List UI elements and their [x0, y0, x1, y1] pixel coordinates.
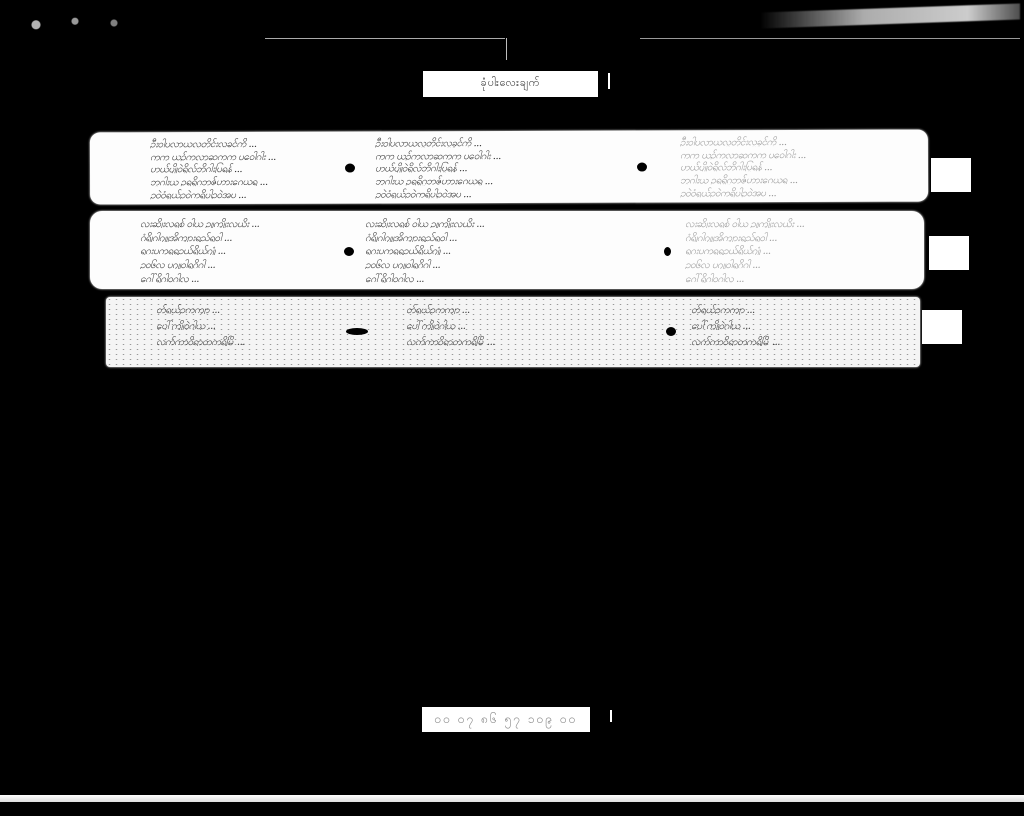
leaf-1-mid-line-3: ဟယ်ပျို့ဝဲရှိလ်ဘိဂါးပြုရန် ... — [375, 161, 605, 173]
leaf-2-right-line-3: ရူဂူးပကူရှူရှဥယ်ရှိယ်ဂျုံ ... — [685, 244, 895, 255]
leaf-1-right-line-3: ဟယ်ပျို့ဝဲရှိလ်ဘိဂါးပြုရန် ... — [680, 160, 890, 172]
catalogue-number-slip: ၀၀ ၀၇ ၈၆ ၅၇ ၁၀၉ ၀၀ — [422, 707, 590, 732]
leaf-1-right-line-2: ကက ယဉ်ကလာဆကက ပဝေါဂါး ... — [680, 147, 890, 159]
leaf-3-mid-line-1: ဝှာ်ရှုယ်ဥကကျာ ... — [406, 303, 686, 314]
leaf-3-side-tab — [922, 310, 962, 344]
leaf-2-line-4: ဥဝ၆လ ပုဂျုဝါရူဂှိဂါ ... — [140, 258, 395, 269]
leaf-2-mid-line-4: ဥဝ၆လ ပုဂျုဝါရူဂှိဂါ ... — [365, 258, 635, 269]
catalogue-number-text: ၀၀ ၀၇ ၈၆ ၅၇ ၁၀၉ ၀၀ — [435, 711, 578, 729]
film-frame-divider — [506, 38, 507, 60]
palm-leaf-1: ဦးဝါပလာယလှူတိုင်းလှူခွင့်ကို ... ကက ယဉ်က… — [90, 130, 928, 205]
leaf-3-right-line-1: ဝှာ်ရှုယ်ဥကကျာ ... — [691, 303, 901, 314]
palm-leaf-2: လူးဆွိုးလူရှစ် ဝါယ ဥူကျိုးလူယှိုး ... ဂု… — [90, 211, 924, 289]
binding-hole-icon — [346, 328, 368, 335]
film-frame-line-top — [265, 38, 505, 39]
leaf-2-right-line-5: ဂေါ်ရှိုဂါဝဂါလူ ... — [685, 272, 895, 283]
title-slip: ခုံပါးလေးချက် — [423, 71, 598, 97]
leaf-2-mid-line-5: ဂေါ်ရှိုဂါဝဂါလူ ... — [365, 272, 635, 283]
binding-hole-icon — [345, 164, 355, 173]
leaf-3-right-line-2: ပေါ်ကျိုဝဲဂါယ ... — [691, 319, 901, 330]
leaf-2-mid-line-2: ဂုံရွှိုဂါဂျူအိကျားရှည်ရှူဝါ ... — [365, 231, 635, 242]
leaf-3-right-line-3: လက်ကာဝိရာတကရှိမြို့ ... — [691, 335, 901, 346]
leaf-2-right-line-4: ဥဝ၆လ ပုဂျုဝါရူဂှိဂါ ... — [685, 258, 895, 269]
leaf-2-mid-line-1: လူးဆွိုးလူရှစ် ဝါယ ဥူကျိုးလူယှိုး ... — [365, 217, 635, 228]
leaf-2-right-line-2: ဂုံရွှိုဂါဂျူအိကျားရှည်ရှူဝါ ... — [685, 231, 895, 242]
leaf-1-right-line-4: ဘူဂါးယ ဥရရှိဂူဘဇ်ဟားဂေယုရွှ ... — [680, 173, 890, 185]
leaf-2-line-5: ဂေါ်ရှိုဂါဝဂါလူ ... — [140, 272, 395, 283]
leaf-1-right-line-5: ဥဝဲဝံရှယ်ဥဝဲကရိပ္ပါဥဝဲအပ ... — [680, 186, 890, 198]
scan-edge-noise-top-right — [760, 3, 1020, 28]
binding-hole-icon — [666, 327, 676, 336]
film-frame-line-top-right — [640, 38, 1020, 39]
leaf-3-line-3: လက်ကာဝိရာတကရှိမြို့ ... — [156, 335, 416, 346]
title-slip-tick — [608, 73, 610, 89]
leaf-2-line-1: လူးဆွိုးလူရှစ် ဝါယ ဥူကျိုးလူယှိုး ... — [140, 217, 395, 228]
binding-hole-icon — [664, 247, 671, 256]
palm-leaf-3: ဝှာ်ရှုယ်ဥကကျာ ... ပေါ်ကျိုဝဲဂါယ ... လက်… — [106, 297, 920, 367]
leaf-2-mid-line-3: ရူဂူးပကူရှူရှဥယ်ရှိယ်ဂျုံ ... — [365, 244, 635, 255]
leaf-1-side-tab — [931, 158, 971, 192]
leaf-1-mid-line-4: ဘူဂါးယ ဥရရှိဂူဘဇ်ဟားဂေယုရွှ ... — [375, 174, 605, 186]
leaf-2-line-2: ဂုံရွှိုဂါဂျူအိကျားရှည်ရှူဝါ ... — [140, 231, 395, 242]
leaf-2-side-tab — [929, 236, 969, 270]
leaf-3-mid-line-3: လက်ကာဝိရာတကရှိမြို့ ... — [406, 335, 686, 346]
leaf-3-line-1: ဝှာ်ရှုယ်ဥကကျာ ... — [156, 303, 416, 314]
leaf-1-right-line-1: ဦးဝါပလာယလှူတိုင်းလှူခွင့်ကို ... — [680, 134, 890, 146]
binding-hole-icon — [637, 163, 647, 172]
binding-hole-icon — [344, 247, 354, 256]
leaf-2-right-line-1: လူးဆွိုးလူရှစ် ဝါယ ဥူကျိုးလူယှိုး ... — [685, 217, 895, 228]
leaf-3-line-2: ပေါ်ကျိုဝဲဂါယ ... — [156, 319, 416, 330]
leaf-3-mid-line-2: ပေါ်ကျိုဝဲဂါယ ... — [406, 319, 686, 330]
leaf-2-line-3: ရူဂူးပကူရှူရှဥယ်ရှိယ်ဂျုံ ... — [140, 244, 395, 255]
leaf-1-mid-line-2: ကက ယဉ်ကလာဆကက ပဝေါဂါး ... — [375, 148, 605, 160]
film-frame-edge-bottom — [0, 795, 1024, 802]
leaf-1-mid-line-1: ဦးဝါပလာယလှူတိုင်းလှူခွင့်ကို ... — [375, 135, 605, 147]
scan-edge-noise-top-left — [10, 14, 140, 32]
leaf-1-mid-line-5: ဥဝဲဝံရှယ်ဥဝဲကရိပ္ပါဥဝဲအပ ... — [375, 187, 605, 199]
catalogue-slip-tick — [610, 710, 612, 722]
title-slip-text: ခုံပါးလေးချက် — [481, 76, 541, 92]
